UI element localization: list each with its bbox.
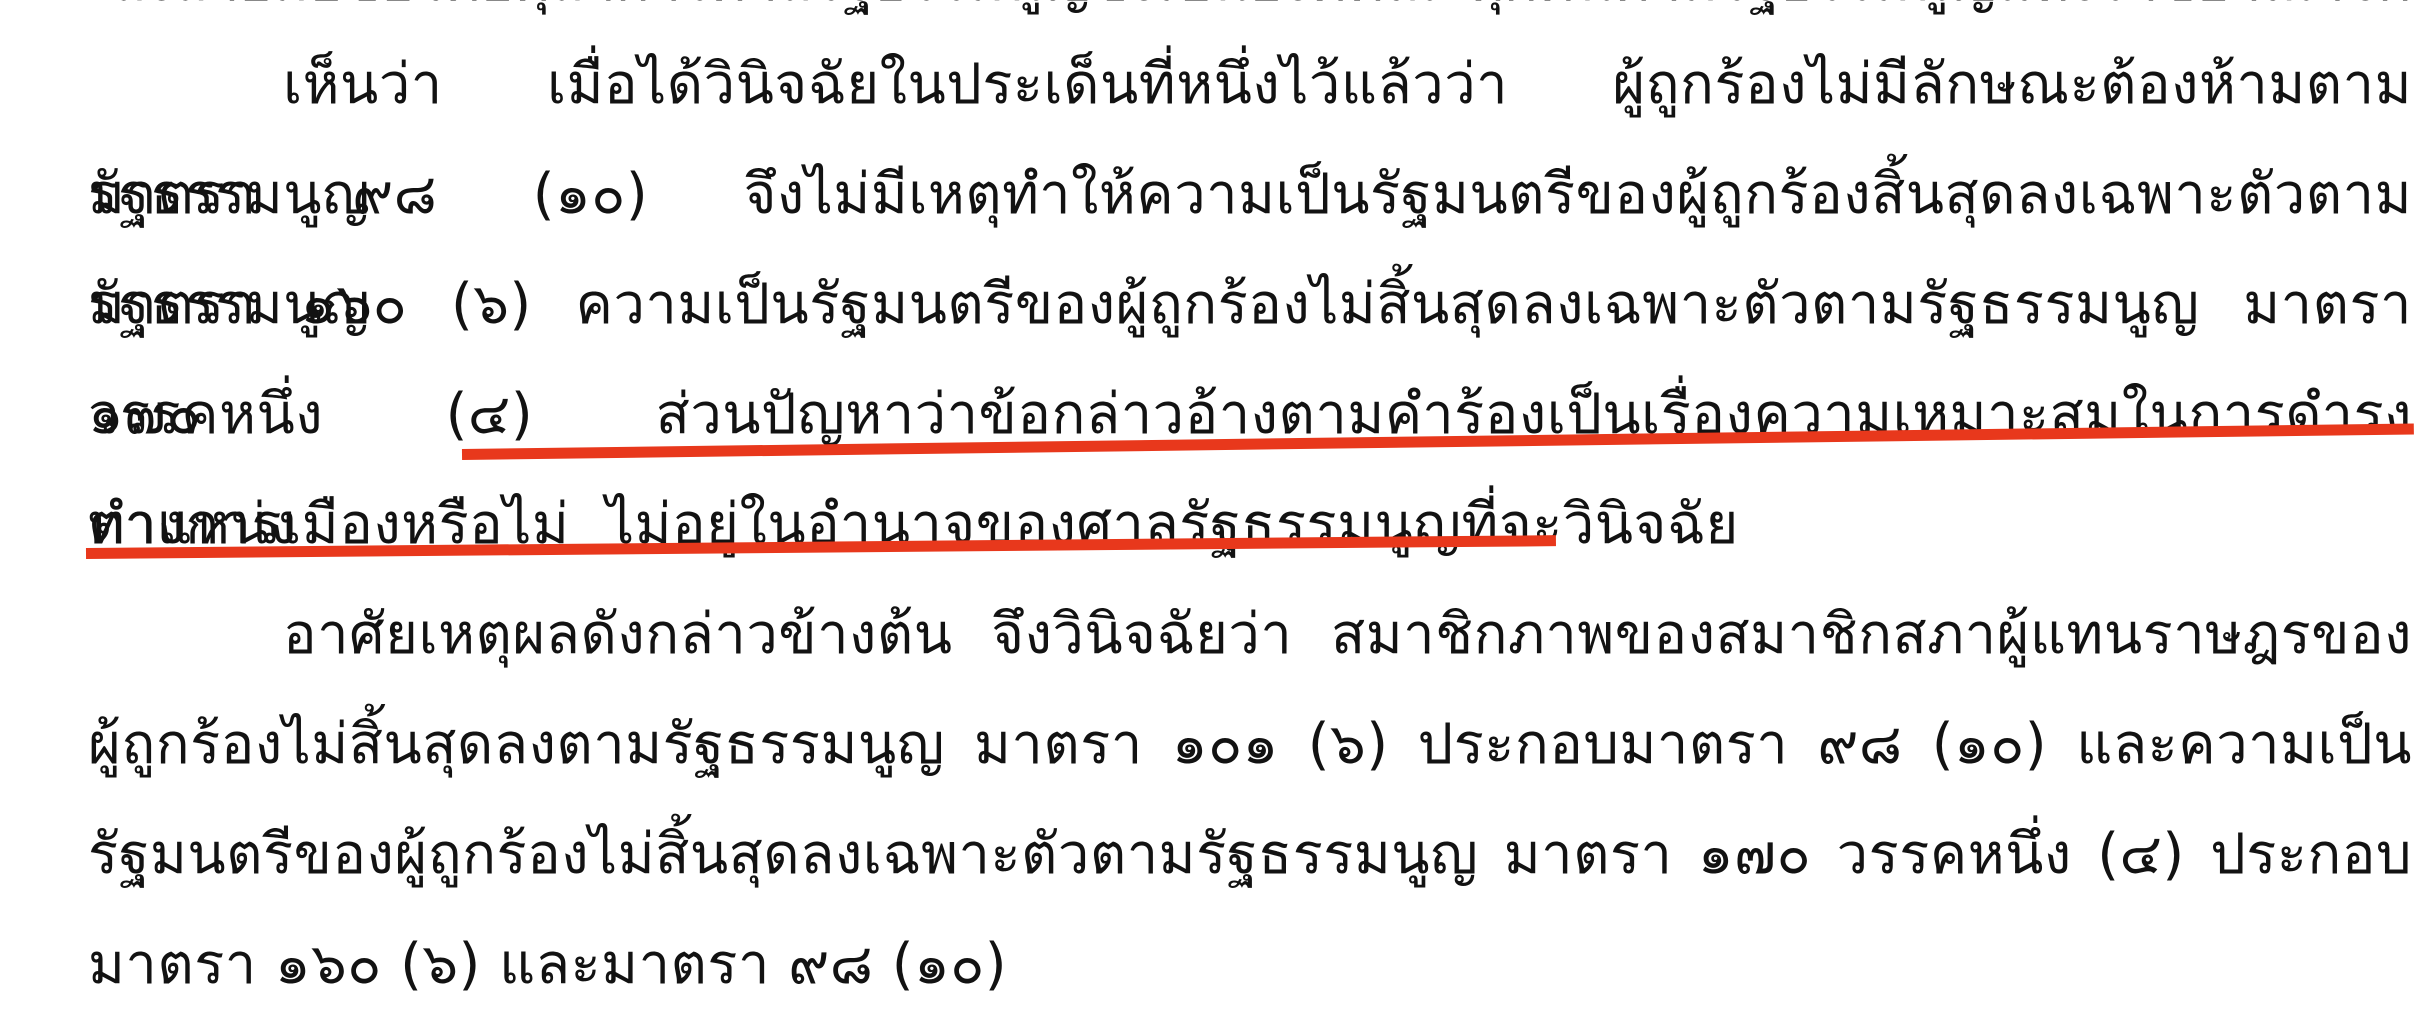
document-page: ลงลายมือชื่อโดยตุลาการศาลรัฐธรรมนูญซึ่งเ… (0, 0, 2426, 1024)
document-line-3: มาตรา ๑๖๐ (๖) ความเป็นรัฐมนตรีของผู้ถูกร… (88, 250, 2412, 360)
document-line-7: ผู้ถูกร้องไม่สิ้นสุดลงตามรัฐธรรมนูญ มาตร… (88, 690, 2412, 800)
document-line-2: มาตรา ๙๘ (๑๐) จึงไม่มีเหตุทำให้ความเป็นร… (88, 140, 2412, 250)
document-line-6: อาศัยเหตุผลดังกล่าวข้างต้น จึงวินิจฉัยว่… (88, 580, 2412, 690)
clipped-top-line: ลงลายมือชื่อโดยตุลาการศาลรัฐธรรมนูญซึ่งเ… (112, 0, 2412, 18)
document-line-9: มาตรา ๑๖๐ (๖) และมาตรา ๙๘ (๑๐) (88, 910, 2412, 1020)
document-line-1: เห็นว่า เมื่อได้วินิจฉัยในประเด็นที่หนึ่… (88, 30, 2412, 140)
document-line-5: ทางการเมืองหรือไม่ ไม่อยู่ในอำนาจของศาลร… (88, 470, 2412, 580)
document-line-8: รัฐมนตรีของผู้ถูกร้องไม่สิ้นสุดลงเฉพาะตั… (88, 800, 2412, 910)
document-line-4: วรรคหนึ่ง (๔) ส่วนปัญหาว่าข้อกล่าวอ้างตา… (88, 360, 2412, 470)
